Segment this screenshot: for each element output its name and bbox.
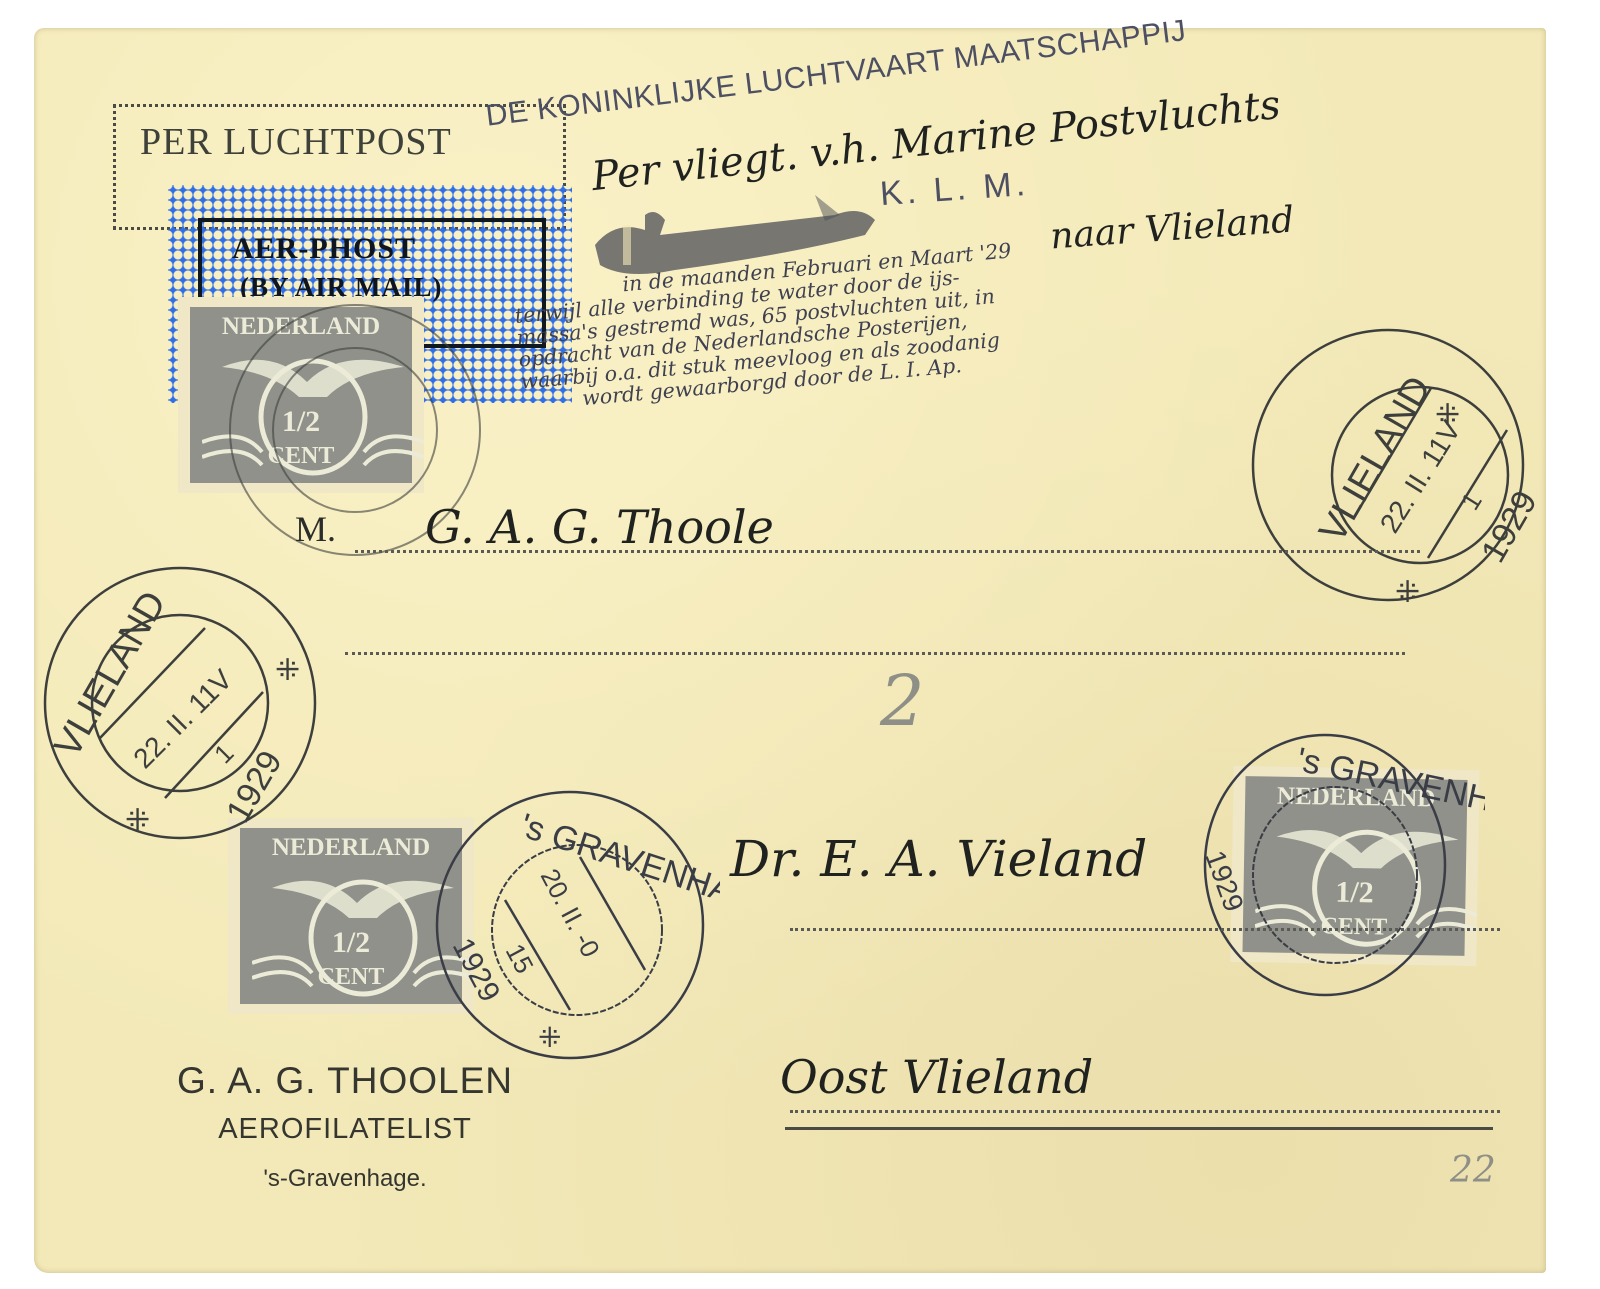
handwritten-addressee: G. A. G. Thoole bbox=[425, 500, 774, 554]
svg-text:⁜: ⁜ bbox=[538, 1022, 561, 1053]
address-underline bbox=[785, 1127, 1493, 1130]
svg-text:⁜: ⁜ bbox=[1435, 399, 1460, 432]
svg-text:⁜: ⁜ bbox=[275, 654, 300, 687]
airmail-label-title: AER-PHOST bbox=[232, 232, 416, 266]
addressee-prefix: M. bbox=[295, 508, 336, 550]
svg-text:⁜: ⁜ bbox=[1395, 576, 1420, 609]
handwritten-recipient-town: Oost Vlieland bbox=[780, 1050, 1093, 1104]
sender-city: 's-Gravenhage. bbox=[100, 1165, 590, 1193]
svg-text:1929: 1929 bbox=[446, 933, 506, 1007]
postmark-vlieland: VLIELAND 22. II. 11V 1 1929 ⁜ ⁜ bbox=[1245, 320, 1545, 620]
postmark-vlieland: VLIELAND 22. II. 11V 1 1929 ⁜ ⁜ bbox=[35, 560, 335, 850]
svg-text:'s GRAVENHAGE: 's GRAVENHAGE bbox=[516, 806, 720, 926]
svg-text:15: 15 bbox=[500, 939, 540, 979]
airmail-box-title: PER LUCHTPOST bbox=[140, 120, 452, 164]
svg-text:20. II. -0: 20. II. -0 bbox=[535, 864, 606, 962]
sender-name: G. A. G. THOOLEN bbox=[100, 1060, 590, 1102]
sender-title: AEROFILATELIST bbox=[100, 1113, 590, 1146]
svg-text:1: 1 bbox=[1455, 487, 1488, 515]
handwritten-recipient-name: Dr. E. A. Vieland bbox=[730, 830, 1147, 888]
postmark-gravenhage: 's GRAVENHAGE 1929 bbox=[1185, 725, 1485, 1015]
postmark-gravenhage: 's GRAVENHAGE 20. II. -0 15 1929 ⁜ bbox=[420, 785, 720, 1065]
address-line bbox=[790, 1110, 1500, 1113]
svg-text:1929: 1929 bbox=[1474, 484, 1545, 569]
svg-text:⁜: ⁜ bbox=[125, 804, 150, 837]
pencil-number: 2 bbox=[880, 660, 925, 742]
address-line bbox=[345, 652, 1405, 655]
pencil-corner-number: 22 bbox=[1450, 1150, 1496, 1191]
svg-text:1: 1 bbox=[208, 738, 239, 769]
address-line bbox=[790, 928, 1500, 931]
